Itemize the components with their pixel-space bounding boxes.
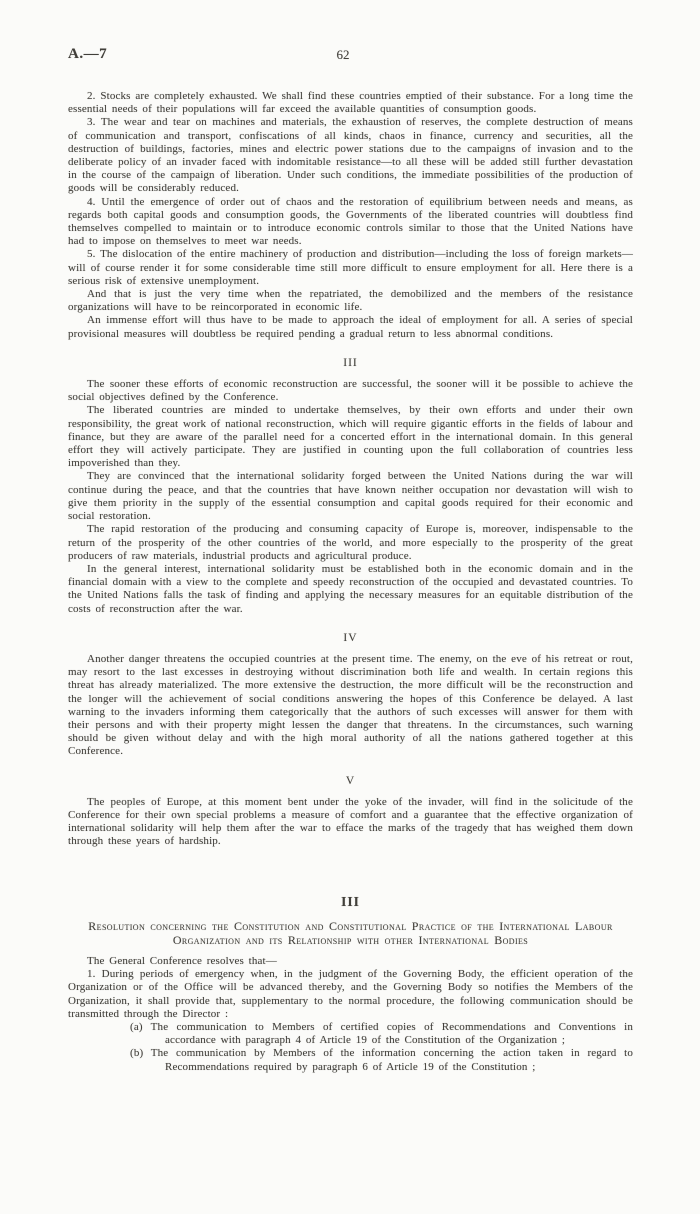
resolution-title: Resolution concerning the Constitution a… bbox=[68, 919, 633, 948]
page-number: 62 bbox=[0, 47, 686, 63]
paragraph-stocks-exhausted: 2. Stocks are completely exhausted. We s… bbox=[68, 90, 633, 116]
paragraph-during-periods-of-emergency: 1. During periods of emergency when, in … bbox=[68, 968, 633, 1021]
section-heading-iii: III bbox=[68, 357, 633, 370]
paragraph-immense-effort: An immense effort will thus have to be m… bbox=[68, 314, 633, 340]
section-heading-v: V bbox=[68, 775, 633, 788]
section-heading-iv: IV bbox=[68, 632, 633, 645]
paragraph-general-interest-solidarity: In the general interest, international s… bbox=[68, 563, 633, 616]
document-page: A.—7 62 2. Stocks are completely exhaust… bbox=[0, 0, 700, 1214]
resolution-section-heading-iii: III bbox=[68, 895, 633, 908]
paragraph-liberated-countries-minded: The liberated countries are minded to un… bbox=[68, 404, 633, 470]
paragraph-convinced-solidarity: They are convinced that the internationa… bbox=[68, 470, 633, 523]
paragraph-peoples-of-europe: The peoples of Europe, at this moment be… bbox=[68, 796, 633, 849]
paragraph-wear-and-tear: 3. The wear and tear on machines and mat… bbox=[68, 116, 633, 195]
list-item-b: (b) The communication by Members of the … bbox=[68, 1047, 633, 1073]
document-body: 2. Stocks are completely exhausted. We s… bbox=[68, 90, 633, 1074]
page-header: A.—7 62 bbox=[0, 46, 700, 66]
list-item-a: (a) The communication to Members of cert… bbox=[68, 1021, 633, 1047]
paragraph-sooner-efforts: The sooner these efforts of economic rec… bbox=[68, 378, 633, 404]
paragraph-rapid-restoration: The rapid restoration of the producing a… bbox=[68, 523, 633, 563]
paragraph-until-emergence-of-order: 4. Until the emergence of order out of c… bbox=[68, 196, 633, 249]
paragraph-another-danger: Another danger threatens the occupied co… bbox=[68, 653, 633, 759]
paragraph-dislocation-of-machinery: 5. The dislocation of the entire machine… bbox=[68, 248, 633, 288]
paragraph-repatriated-reincorporated: And that is just the very time when the … bbox=[68, 288, 633, 314]
paragraph-general-conference-resolves: The General Conference resolves that— bbox=[68, 955, 633, 968]
